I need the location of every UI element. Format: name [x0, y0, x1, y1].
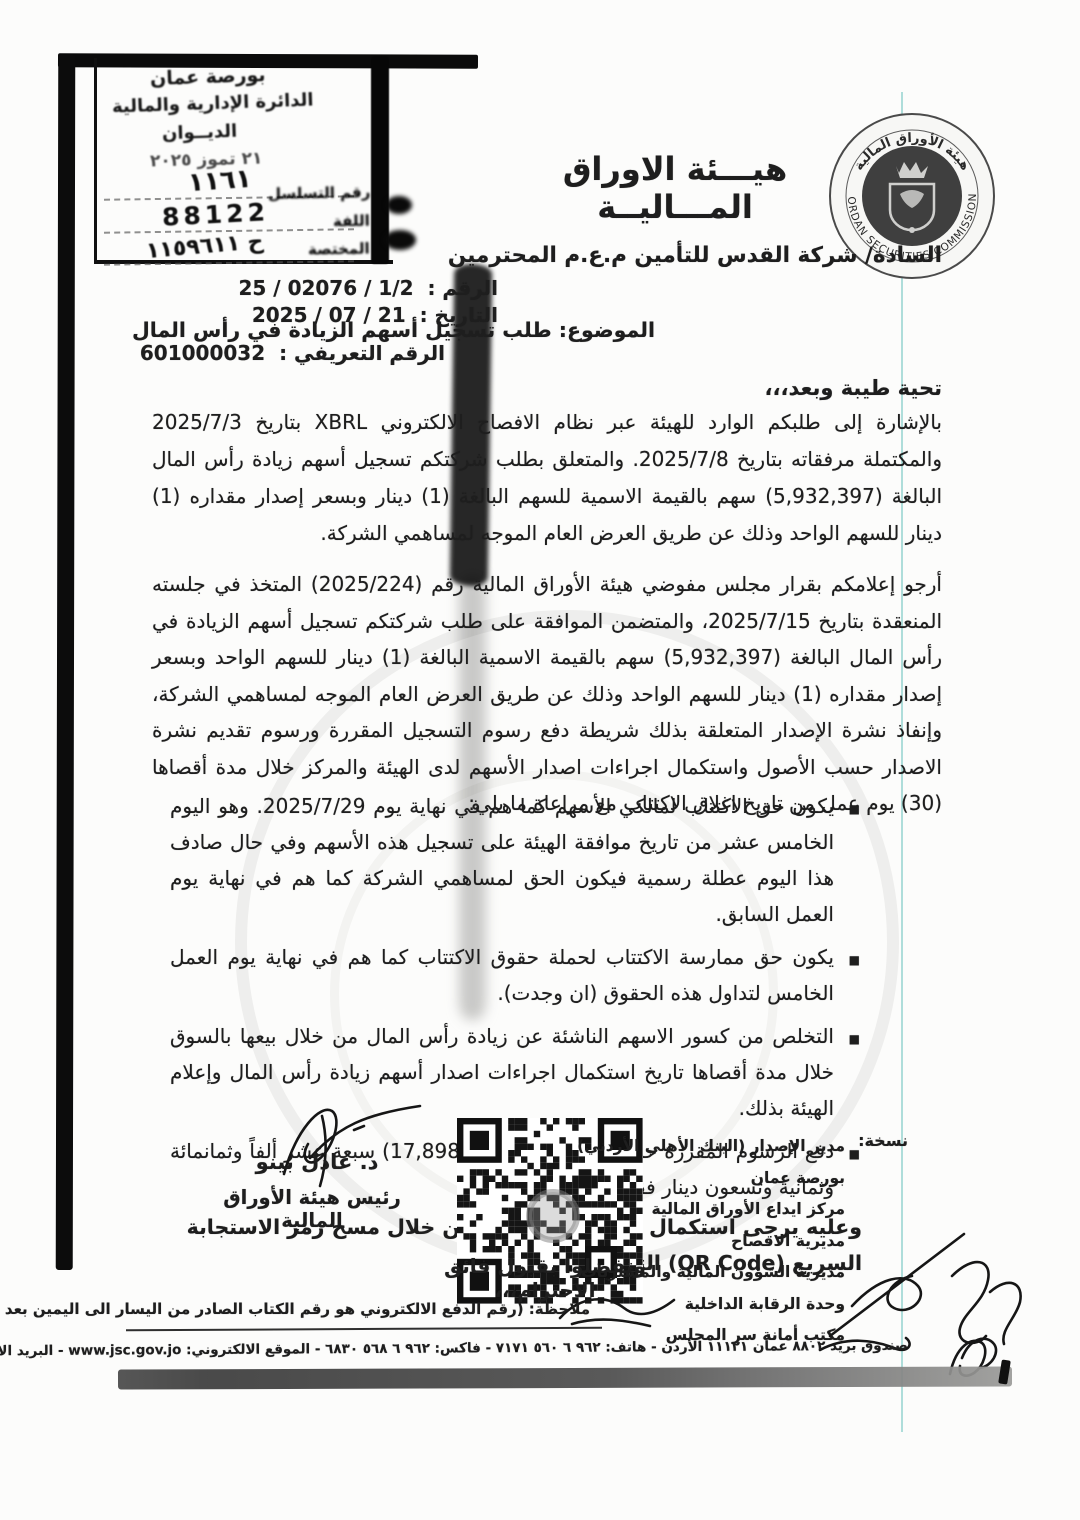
greeting-line: تحية طيبة وبعد،،، — [765, 376, 942, 400]
stamp-field-label-3: المختصة — [308, 239, 370, 258]
ref-number-value: 25 / 02076 / 1/2 — [239, 276, 414, 300]
ref-id-value: 601000032 — [140, 341, 265, 365]
square-bullet-icon: ■ — [849, 791, 860, 827]
scan-edge-bottom — [118, 1366, 1012, 1389]
bullet-text-1: يكون حق الاكتتاب لمالكي الأسهم كما هم في… — [170, 794, 834, 926]
copy-item-3: مركز ايداع الأوراق المالية — [577, 1194, 845, 1226]
square-bullet-icon: ■ — [849, 1021, 860, 1057]
copy-item-5: مديرية الشؤون المالية والمشتريات — [577, 1257, 845, 1289]
ink-blob-2 — [384, 230, 416, 250]
org-title: هيـــئة الاوراق المـــاليــة — [520, 150, 830, 226]
copy-item-4: مديرية الافصاح — [577, 1226, 845, 1258]
ref-id-row: الرقم التعريفي : 601000032 — [140, 341, 445, 365]
stamp-office-line3: الديــوان — [162, 121, 238, 145]
bullet-text-2: يكون حق ممارسة الاكتتاب لحملة حقوق الاكت… — [170, 945, 834, 1005]
scanned-letter-page: بورصة عمان الدائرة الإدارية والمالية الد… — [0, 0, 1080, 1520]
ref-id-label: الرقم التعريفي : — [279, 341, 445, 365]
note-line: ملاحظة: (رقم الدفع الالكتروني هو رقم الك… — [0, 1300, 590, 1318]
stamp-office-line1: بورصة عمان — [150, 64, 266, 90]
footer-contact-line: صندوق بريد ٨٨٠٢ عمان ١١١٢١ الأردن - هاتف… — [0, 1338, 908, 1361]
copies-label: نسخة: — [858, 1131, 908, 1150]
note-underline — [126, 1327, 602, 1331]
copy-item-2: بورصة عمان — [577, 1163, 845, 1195]
registry-stamp-right-border — [371, 56, 389, 264]
ink-blob-1 — [386, 196, 412, 214]
copy-item-1: مدير الإصدار (البنك الأهلي الأردني) — [577, 1131, 845, 1163]
subject-line: الموضوع: طلب تسجيل أسهم الزيادة في رأس ا… — [132, 318, 655, 342]
addressee-line: السادة/ شركة القدس للتأمين م.ع.م المحترم… — [448, 243, 942, 268]
ref-number-label: الرقم : — [427, 276, 498, 300]
ref-number-row: الرقم : 25 / 02076 / 1/2 — [239, 276, 499, 300]
scan-edge-left — [56, 55, 76, 1270]
square-bullet-icon: ■ — [849, 942, 860, 978]
bullet-item-2: ■ يكون حق ممارسة الاكتتاب لحملة حقوق الا… — [170, 939, 862, 1011]
paragraph-1: بالإشارة إلى طلبكم الوارد للهيئة عبر نظا… — [152, 404, 942, 552]
bullet-item-1: ■ يكون حق الاكتتاب لمالكي الأسهم كما هم … — [170, 788, 862, 932]
paragraph-2: أرجو إعلامكم بقرار مجلس مفوضي هيئة الأور… — [152, 566, 942, 822]
stamp-handwritten-number: 88122 — [161, 197, 269, 232]
stamp-field-label-2: اللفة — [333, 212, 370, 231]
signer-title: رئيس هيئة الأوراق المالية — [192, 1186, 432, 1232]
chairman-signature-scribble — [262, 1096, 442, 1195]
signer-name: د. عادل بينو — [222, 1150, 412, 1174]
stamp-handwritten-serial: ١١٦١ — [187, 164, 252, 198]
stamp-field-label-1: رقم التسلسل — [267, 183, 370, 203]
